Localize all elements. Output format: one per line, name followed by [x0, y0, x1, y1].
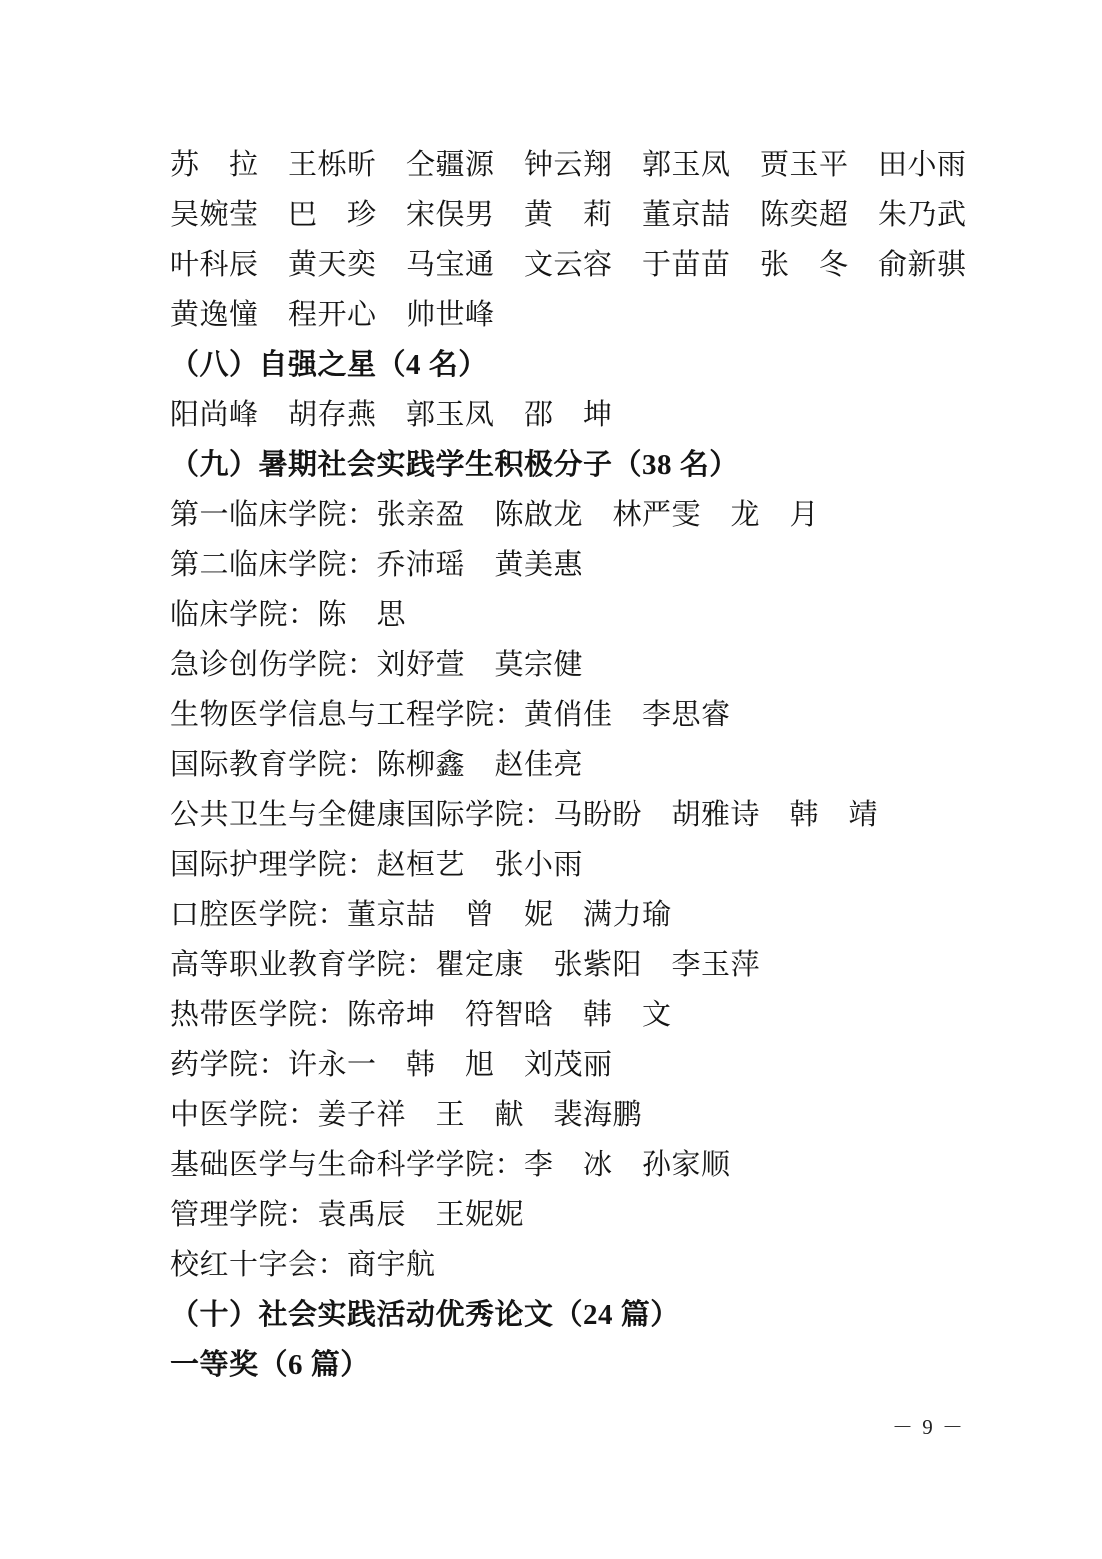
entry-line: 公共卫生与全健康国际学院：马盼盼 胡雅诗 韩 靖	[170, 790, 980, 840]
entry-line: 国际护理学院：赵桓艺 张小雨	[170, 840, 980, 890]
entry-line: 急诊创伤学院：刘妤萱 莫宗健	[170, 640, 980, 690]
names-row: 黄逸憧 程开心 帅世峰	[170, 290, 980, 340]
entry-line: 中医学院：姜子祥 王 献 裴海鹏	[170, 1090, 980, 1140]
entry-line: 第一临床学院：张亲盈 陈啟龙 林严雯 龙 月	[170, 490, 980, 540]
entry-line: 药学院：许永一 韩 旭 刘茂丽	[170, 1040, 980, 1090]
entry-line: 管理学院：袁禹辰 王妮妮	[170, 1190, 980, 1240]
entry-line: 高等职业教育学院：瞿定康 张紫阳 李玉萍	[170, 940, 980, 990]
page-number: － 9 －	[892, 1412, 965, 1442]
entry-line: 临床学院：陈 思	[170, 590, 980, 640]
section-9-heading: （九）暑期社会实践学生积极分子（38 名）	[170, 440, 980, 490]
entry-line: 基础医学与生命科学学院：李 冰 孙家顺	[170, 1140, 980, 1190]
names-row: 苏 拉 王栎昕 仝疆源 钟云翔 郭玉凤 贾玉平 田小雨	[170, 140, 980, 190]
names-row: 叶科辰 黄天奕 马宝通 文云容 于苗苗 张 冬 俞新骐	[170, 240, 980, 290]
section-10-heading: （十）社会实践活动优秀论文（24 篇）	[170, 1290, 980, 1340]
entry-line: 校红十字会：商宇航	[170, 1240, 980, 1290]
entry-line: 国际教育学院：陈柳鑫 赵佳亮	[170, 740, 980, 790]
first-prize-subheading: 一等奖（6 篇）	[170, 1340, 980, 1390]
entry-line: 口腔医学院：董京喆 曾 妮 满力瑜	[170, 890, 980, 940]
entry-line: 热带医学院：陈帝坤 符智晗 韩 文	[170, 990, 980, 1040]
entry-line: 第二临床学院：乔沛瑶 黄美惠	[170, 540, 980, 590]
section-8-heading: （八）自强之星（4 名）	[170, 340, 980, 390]
names-row: 吴婉莹 巴 珍 宋俣男 黄 莉 董京喆 陈奕超 朱乃武	[170, 190, 980, 240]
entry-line: 生物医学信息与工程学院：黄俏佳 李思睿	[170, 690, 980, 740]
document-page: 苏 拉 王栎昕 仝疆源 钟云翔 郭玉凤 贾玉平 田小雨 吴婉莹 巴 珍 宋俣男 …	[0, 0, 1102, 1559]
section-8-names: 阳尚峰 胡存燕 郭玉凤 邵 坤	[170, 390, 980, 440]
document-content: 苏 拉 王栎昕 仝疆源 钟云翔 郭玉凤 贾玉平 田小雨 吴婉莹 巴 珍 宋俣男 …	[170, 140, 980, 1390]
